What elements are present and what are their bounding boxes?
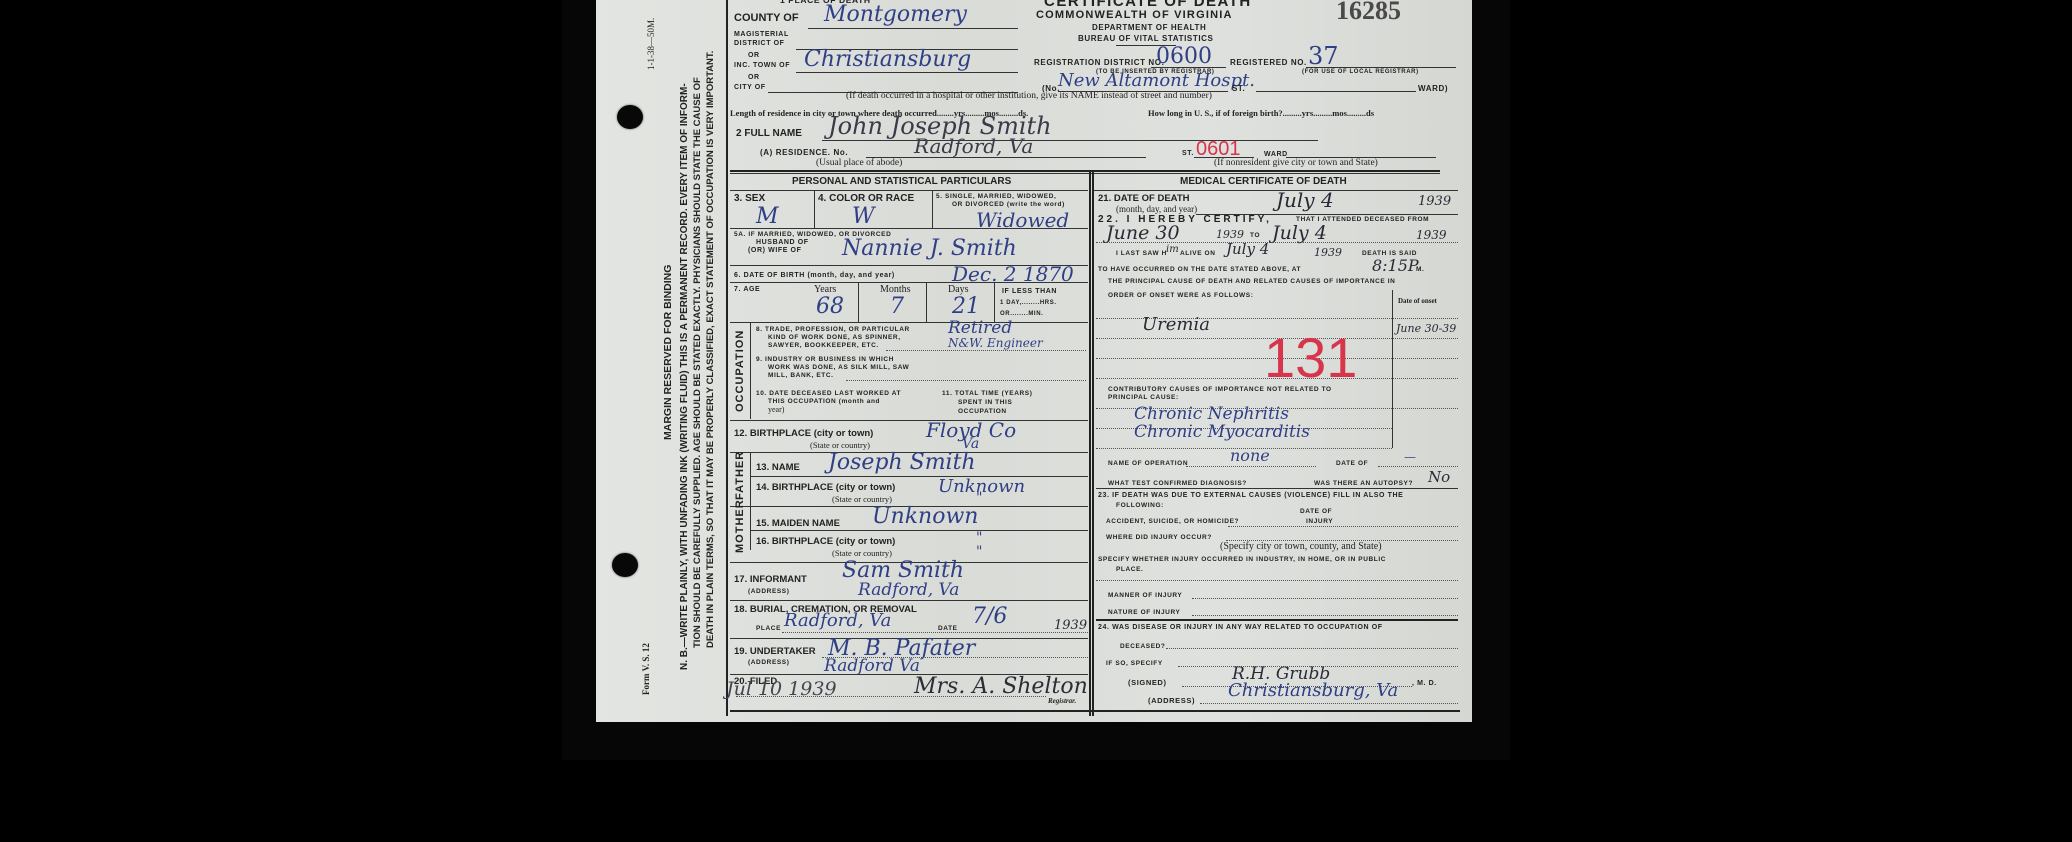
registrar-label: Registrar.	[1048, 697, 1076, 705]
burial-place-value: Radford, Va	[784, 610, 891, 631]
informant-label: 17. INFORMANT	[734, 574, 807, 585]
magisterial-label: MAGISTERIAL	[734, 31, 789, 38]
industry-label-3: MILL, BANK, ETC.	[768, 372, 834, 379]
street-ward-label: WARD)	[1418, 84, 1448, 93]
nature-label: NATURE OF INJURY	[1108, 609, 1180, 616]
mother-birthplace-state: "	[976, 544, 982, 560]
spouse-label-3: (OR) WIFE OF	[748, 247, 801, 254]
last-saw-label: I LAST SAW H	[1116, 250, 1167, 257]
mother-name-label: 15. MAIDEN NAME	[756, 518, 840, 529]
trade-value-2: N&W. Engineer	[948, 336, 1043, 350]
father-name-value: Joseph Smith	[828, 450, 976, 475]
father-side-label: FATHER	[734, 451, 746, 500]
industry-label-1: 9. INDUSTRY OR BUSINESS IN WHICH	[756, 356, 894, 363]
undertaker-label: 19. UNDERTAKER	[734, 646, 816, 657]
last-worked-label-1: 10. DATE DECEASED LAST WORKED AT	[756, 390, 901, 397]
form-left-border	[726, 0, 728, 716]
registration-district-label: REGISTRATION DISTRICT NO.	[1034, 58, 1164, 67]
alive-on-label: ALIVE ON	[1180, 250, 1216, 257]
age-years-value: 68	[816, 294, 844, 319]
contributory-cause-1: Chronic Nephritis	[1134, 404, 1289, 424]
full-name-label: 2 FULL NAME	[736, 128, 802, 139]
operation-date-value: —	[1404, 450, 1416, 464]
time-suffix: M.	[1416, 266, 1424, 273]
dob-label: 6. DATE OF BIRTH (month, day, and year)	[734, 272, 895, 279]
department: DEPARTMENT OF HEALTH	[1092, 23, 1206, 32]
form-number: Form V. S. 12	[641, 643, 651, 695]
operation-date-label: DATE OF	[1336, 460, 1368, 467]
father-name-label: 13. NAME	[756, 462, 800, 473]
binding-hole-bottom	[612, 553, 638, 577]
residence-value: Radford, Va	[914, 134, 1033, 158]
age-months-value: 7	[890, 294, 904, 319]
less-day-label-3: OR........MIN.	[1000, 311, 1043, 317]
occupation-related-label-2: DECEASED?	[1120, 643, 1166, 650]
contributory-cause-2: Chronic Myocarditis	[1134, 422, 1310, 442]
onset-header: Date of onset	[1398, 297, 1437, 305]
onset-date-value: June 30-39	[1396, 322, 1456, 335]
burial-date-value: 7/6	[972, 604, 1007, 629]
last-worked-label-3: year)	[768, 405, 784, 414]
registered-value: 37	[1308, 42, 1339, 70]
margin-instruction-2: TION SHOULD BE CAREFULLY SUPPLIED. AGE S…	[692, 77, 703, 648]
foreign-birth: How long in U. S., if of foreign birth?.…	[1148, 108, 1374, 118]
physician-address-value: Christiansburg, Va	[1228, 680, 1398, 701]
city-label: CITY OF	[734, 84, 766, 91]
last-worked-label-2: THIS OCCUPATION (month and	[768, 398, 880, 405]
dod-value: July 4	[1276, 188, 1334, 212]
undertaker-address-label: (ADDRESS)	[748, 659, 790, 666]
district-label: DISTRICT OF	[734, 40, 785, 47]
spouse-label-2: HUSBAND OF	[756, 239, 809, 246]
medical-header: MEDICAL CERTIFICATE OF DEATH	[1180, 176, 1347, 187]
total-time-label-1: 11. TOTAL TIME (YEARS)	[942, 390, 1033, 397]
spouse-value: Nannie J. Smith	[842, 236, 1017, 261]
where-sub: (Specify city or town, county, and State…	[1220, 541, 1382, 552]
print-code: 1-1-38—50M.	[646, 18, 656, 70]
contributory-label-1: CONTRIBUTORY CAUSES OF IMPORTANCE NOT RE…	[1108, 386, 1332, 393]
burial-year-value: 1939	[1054, 618, 1087, 633]
undertaker-address-value: Radford Va	[824, 656, 920, 676]
state-name: COMMONWEALTH OF VIRGINIA	[1036, 9, 1233, 21]
registered-sub: (FOR USE OF LOCAL REGISTRAR)	[1302, 69, 1419, 75]
hospital-note: (If death occurred in a hospital or othe…	[846, 91, 1212, 101]
occupation-related-label-1: 24. WAS DISEASE OR INJURY IN ANY WAY REL…	[1098, 624, 1383, 631]
trade-label-1: 8. TRADE, PROFESSION, OR PARTICULAR	[756, 326, 910, 333]
burial-date-label: DATE	[938, 625, 958, 632]
attended-to-value: July 4	[1272, 222, 1327, 244]
death-certificate-page: Form V. S. 12 1-1-38—50M. MARGIN RESERVE…	[596, 0, 1472, 722]
address-label: (ADDRESS)	[1148, 696, 1195, 705]
less-day-label-1: IF LESS THAN	[1002, 288, 1057, 295]
residence-label: (A) RESIDENCE. No.	[760, 148, 848, 157]
mother-birthplace-sub: (State or country)	[832, 548, 892, 558]
nonresident-note: (If nonresident give city or town and St…	[1214, 158, 1378, 168]
dod-sub: (month, day, and year)	[1116, 204, 1197, 214]
registered-label: REGISTERED NO.	[1230, 58, 1307, 67]
principal-cause-value: Uremia	[1142, 314, 1210, 335]
date-of-injury-label: DATE OF	[1300, 508, 1332, 515]
specify-label-2: PLACE.	[1116, 566, 1143, 573]
father-birthplace-label: 14. BIRTHPLACE (city or town)	[756, 482, 895, 493]
sex-value: M	[756, 204, 779, 229]
informant-address-value: Radford, Va	[858, 580, 959, 600]
dod-label: 21. DATE OF DEATH	[1098, 193, 1190, 204]
mother-birthplace-label: 16. BIRTHPLACE (city or town)	[756, 536, 895, 547]
county-label: COUNTY OF	[734, 12, 799, 24]
operation-label: NAME OF OPERATION	[1108, 460, 1188, 467]
town-label: INC. TOWN OF	[734, 62, 790, 69]
last-saw-year: 1939	[1314, 246, 1342, 259]
trade-label-2: KIND OF WORK DONE, AS SPINNER,	[768, 334, 901, 341]
street-value: New Altamont Hospt.	[1058, 70, 1255, 91]
burial-place-label: PLACE	[756, 625, 781, 632]
specify-label-1: SPECIFY WHETHER INJURY OCCURRED IN INDUS…	[1098, 556, 1386, 563]
sex-label: 3. SEX	[734, 193, 765, 204]
occurred-label: TO HAVE OCCURRED ON THE DATE STATED ABOV…	[1098, 266, 1301, 273]
certificate-number: 16285	[1336, 0, 1401, 26]
manner-label: MANNER OF INJURY	[1108, 592, 1182, 599]
attended-to-year: 1939	[1416, 228, 1447, 242]
to-label: TO	[1250, 232, 1260, 239]
marital-label-2: OR DIVORCED (write the word)	[952, 201, 1065, 208]
last-saw-him: im	[1166, 244, 1179, 255]
residence-st-label: ST.	[1182, 150, 1194, 157]
binding-hole-top	[617, 105, 643, 129]
industry-label-2: WORK WAS DONE, AS SILK MILL, SAW	[768, 364, 909, 371]
if-so-label: IF SO, SPECIFY	[1106, 660, 1163, 667]
contributory-label-2: PRINCIPAL CAUSE:	[1108, 394, 1179, 401]
trade-label-3: SAWYER, BOOKKEEPER, ETC.	[768, 342, 879, 349]
cause-label-1: THE PRINCIPAL CAUSE OF DEATH AND RELATED…	[1108, 278, 1395, 285]
county-value: Montgomery	[824, 2, 967, 27]
or-label-1: OR	[748, 52, 760, 59]
external-label-2: FOLLOWING:	[1116, 502, 1164, 509]
town-value: Christiansburg	[804, 47, 971, 72]
operation-value: none	[1230, 446, 1270, 465]
dod-year: 1939	[1418, 194, 1451, 209]
mother-side-label: MOTHER	[734, 499, 746, 553]
birthplace-sub: (State or country)	[810, 440, 870, 450]
age-days-value: 21	[952, 294, 980, 319]
residence-ward-label: WARD	[1264, 151, 1288, 158]
less-day-label-2: 1 DAY,........HRS.	[1000, 300, 1057, 306]
accident-label: ACCIDENT, SUICIDE, OR HOMICIDE?	[1106, 518, 1239, 525]
father-birthplace-sub: (State or country)	[832, 494, 892, 504]
attended-from-value: June 30	[1106, 222, 1180, 244]
external-label-1: 23. IF DEATH WAS DUE TO EXTERNAL CAUSES …	[1098, 492, 1403, 499]
total-time-label-2: SPENT IN THIS	[958, 399, 1012, 406]
last-saw-date: July 4	[1226, 240, 1269, 258]
occupation-side-label: OCCUPATION	[734, 330, 746, 412]
signed-label: (SIGNED)	[1128, 678, 1167, 687]
total-time-label-3: OCCUPATION	[958, 408, 1007, 415]
test-label: WHAT TEST CONFIRMED DIAGNOSIS?	[1108, 480, 1247, 487]
injury-label: INJURY	[1306, 518, 1333, 525]
md-label: , M. D.	[1412, 680, 1437, 687]
personal-header: PERSONAL AND STATISTICAL PARTICULARS	[792, 176, 1011, 187]
birthplace-label: 12. BIRTHPLACE (city or town)	[734, 428, 873, 439]
race-value: W	[852, 204, 875, 229]
margin-binding-note: MARGIN RESERVED FOR BINDING	[662, 265, 674, 440]
marital-label-1: 5. SINGLE, MARRIED, WIDOWED,	[936, 193, 1056, 200]
margin-instruction-1: N. B.—WRITE PLAINLY, WITH UNFADING INK (…	[679, 83, 690, 670]
trade-value: Retired	[948, 318, 1012, 338]
bureau: BUREAU OF VITAL STATISTICS	[1078, 34, 1213, 43]
street-st-label: ST.	[1232, 84, 1245, 93]
autopsy-label: WAS THERE AN AUTOPSY?	[1314, 480, 1413, 487]
autopsy-value: No	[1428, 468, 1450, 486]
cause-label-2: ORDER OF ONSET WERE AS FOLLOWS:	[1108, 292, 1253, 299]
age-label: 7. AGE	[734, 286, 760, 293]
cause-code: 131	[1264, 330, 1357, 386]
time-value: 8:15P	[1372, 256, 1419, 275]
mother-name-value: Unknown	[872, 504, 978, 529]
margin-instruction-3: DEATH IN PLAIN TERMS, SO THAT IT MAY BE …	[705, 51, 716, 648]
race-label: 4. COLOR OR RACE	[818, 193, 914, 204]
abode-note: (Usual place of abode)	[816, 158, 902, 168]
registration-district-value: 0600	[1156, 44, 1212, 69]
or-label-2: OR	[748, 74, 760, 81]
informant-address-label: (ADDRESS)	[748, 588, 790, 595]
where-label: WHERE DID INJURY OCCUR?	[1106, 534, 1212, 541]
